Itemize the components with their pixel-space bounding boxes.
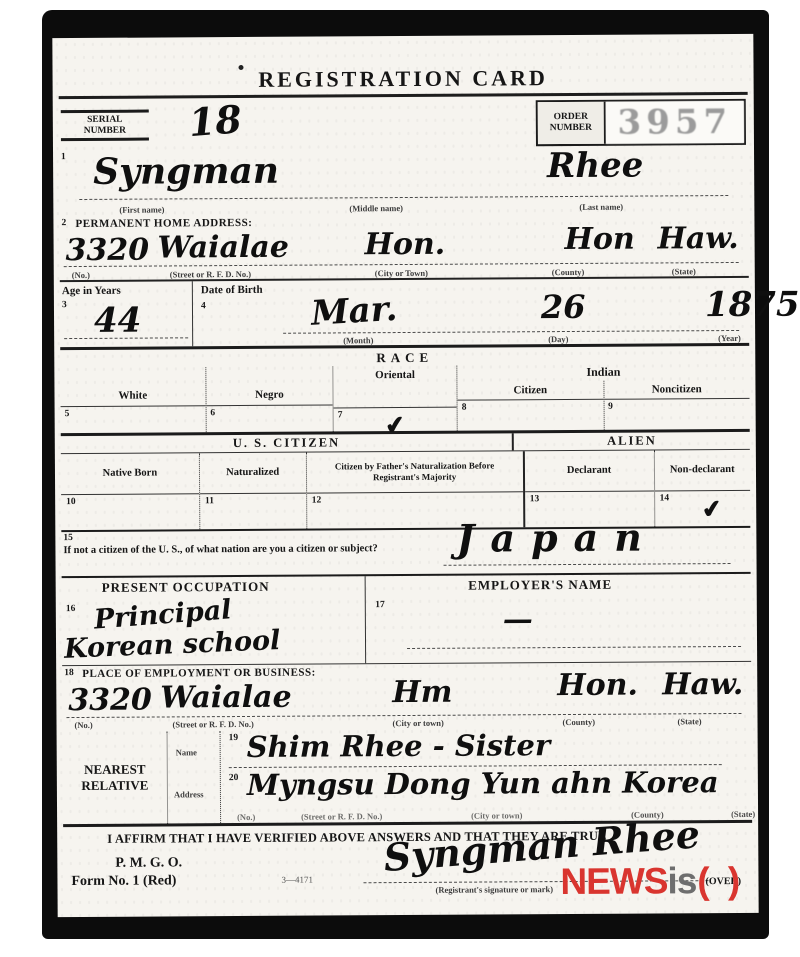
nation-answer: Japan — [456, 518, 658, 557]
citizen-col-native-born: Native Born 10 — [61, 453, 199, 530]
form-print-code: 3—4171 — [281, 875, 313, 885]
order-number-value: 3957 — [606, 100, 744, 143]
order-label-line1: ORDER — [538, 111, 604, 122]
field-number-1: 1 — [61, 152, 66, 162]
birth-month-value: Mar. — [310, 292, 398, 331]
race-col-negro: Negro 6 — [205, 366, 333, 432]
signature-caption: (Registrant's signature or mark) — [436, 884, 554, 895]
title-section: REGISTRATION CARD — [58, 34, 747, 96]
nondeclarant-cell: 14 ✔ — [655, 490, 751, 527]
field-number-16: 16 — [66, 604, 76, 614]
employer-rule — [407, 646, 741, 649]
field-number-10: 10 — [66, 497, 76, 507]
employment-no-value: 3320 — [68, 686, 152, 717]
serial-number-value: 18 — [187, 100, 243, 142]
employment-state-caption: (State) — [677, 716, 701, 726]
nearest-relative-title-line2: RELATIVE — [81, 778, 148, 794]
race-indian-noncitizen-col: Noncitizen 9 — [603, 380, 750, 430]
nondeclarant-label: Non-declarant — [654, 450, 750, 491]
native-born-label: Native Born — [61, 453, 199, 494]
registration-card: REGISTRATION CARD SERIAL NUMBER 18 ORDER… — [52, 34, 758, 917]
present-occupation-header: PRESENT OCCUPATION — [102, 579, 270, 596]
field-number-15: 15 — [63, 533, 73, 543]
address-state-value: Haw. — [657, 224, 738, 254]
field-number-13: 13 — [530, 494, 540, 504]
nearest-relative-title: NEAREST RELATIVE — [63, 731, 169, 824]
first-name-value: Syngman — [93, 153, 279, 190]
relative-street-caption: (Street or R. F. D. No.) — [301, 811, 382, 821]
employment-county-value: Hon. — [557, 671, 638, 701]
race-oriental-cell: 7 ✔ — [334, 407, 457, 432]
race-col-oriental: Oriental 7 ✔ — [332, 366, 456, 432]
relative-address-label: Address — [174, 789, 204, 799]
employment-state-value: Haw. — [662, 670, 743, 700]
employment-street-value: Waialae — [160, 683, 291, 714]
race-white-label: White — [60, 367, 205, 406]
form-number-label: Form No. 1 (Red) — [71, 873, 176, 890]
birth-year-value: 1875 — [705, 288, 800, 323]
field-number-5: 5 — [65, 409, 70, 419]
us-citizen-title: U. S. CITIZEN — [61, 433, 512, 453]
nation-row: 15 If not a citizen of the U. S., of wha… — [61, 528, 750, 578]
nearest-relative-section: NEAREST RELATIVE Name Address 19 Shim Rh… — [63, 728, 753, 824]
race-table: White 5 Negro 6 Oriental 7 ✔ — [60, 364, 749, 436]
field-number-14: 14 — [660, 493, 670, 503]
naturalized-cell: 11 — [200, 493, 306, 530]
relative-address-value: Myngsu Dong Yun ahn Korea — [247, 768, 719, 800]
nation-rule — [444, 563, 731, 566]
alien-col-nondeclarant: Non-declarant 14 ✔ — [653, 450, 750, 527]
address-city-value: Hon. — [365, 230, 446, 260]
newsis-logo-is: is — [667, 860, 696, 901]
serial-order-row: SERIAL NUMBER 18 ORDER NUMBER 3957 — [59, 92, 748, 152]
employment-street-caption: (Street or R. F. D. No.) — [172, 719, 253, 729]
employer-name-header: EMPLOYER'S NAME — [468, 577, 612, 594]
race-oriental-label: Oriental — [333, 366, 456, 408]
birth-date-cell: Date of Birth 4 Mar. 26 1875 (Month) (Da… — [193, 278, 749, 346]
serial-label-line1: SERIAL — [61, 114, 149, 125]
race-white-cell: 5 — [61, 405, 206, 433]
field-number-4: 4 — [201, 301, 206, 311]
declarant-label: Declarant — [524, 450, 653, 491]
scan-black-frame: REGISTRATION CARD SERIAL NUMBER 18 ORDER… — [42, 10, 769, 939]
address-state-caption: (State) — [672, 266, 696, 276]
relative-state-caption: (State) — [731, 809, 755, 819]
employment-city-caption: (City or town) — [392, 718, 443, 728]
field-number-2: 2 — [61, 218, 66, 228]
last-name-value: Rhee — [547, 149, 643, 184]
relative-city-caption: (City or town) — [471, 810, 522, 820]
last-name-caption: (Last name) — [579, 202, 623, 212]
field-number-11: 11 — [205, 496, 214, 506]
middle-name-caption: (Middle name) — [349, 203, 403, 213]
race-indian-subcolumns: Citizen 8 Noncitizen 9 — [458, 380, 750, 431]
age-label: Age in Years — [62, 285, 121, 297]
first-name-caption: (First name) — [119, 204, 164, 214]
address-no-caption: (No.) — [72, 270, 90, 280]
occupation-line2: Korean school — [64, 627, 281, 663]
employer-value: — — [503, 605, 533, 635]
birth-date-label: Date of Birth — [201, 284, 263, 296]
relative-values: 19 Shim Rhee - Sister 20 Myngsu Dong Yun… — [221, 728, 753, 823]
race-col-white: White 5 — [60, 367, 205, 433]
native-born-cell: 10 — [61, 493, 199, 530]
nation-question: If not a citizen of the U. S., of what n… — [63, 543, 443, 556]
field-number-8: 8 — [462, 403, 467, 413]
employment-city-value: Hm — [392, 678, 452, 708]
field-number-17: 17 — [375, 600, 385, 610]
address-county-caption: (County) — [552, 267, 585, 277]
relative-no-caption: (No.) — [237, 812, 255, 822]
field-number-19: 19 — [229, 733, 239, 743]
field-number-18: 18 — [64, 668, 74, 678]
birth-year-caption: (Year) — [718, 333, 741, 343]
address-city-caption: (City or Town) — [375, 268, 428, 278]
home-address-row: 2 PERMANENT HOME ADDRESS: 3320 Waialae H… — [59, 212, 748, 280]
order-label-line2: NUMBER — [538, 122, 604, 133]
race-indian-label: Indian — [457, 364, 749, 382]
name-rule — [79, 195, 728, 200]
field-number-12: 12 — [312, 496, 322, 506]
newsis-logo: NEWSis( ) — [560, 860, 744, 903]
home-address-label: PERMANENT HOME ADDRESS: — [75, 217, 252, 230]
field-number-6: 6 — [210, 408, 215, 418]
occupation-divider — [365, 576, 367, 663]
serial-number-label: SERIAL NUMBER — [61, 109, 149, 141]
race-indian-noncitizen-cell: 9 — [604, 398, 750, 430]
race-indian-noncitizen-label: Noncitizen — [604, 380, 750, 399]
race-negro-label: Negro — [206, 366, 333, 405]
citizen-col-naturalized: Naturalized 11 — [199, 453, 306, 530]
serial-label-line2: NUMBER — [61, 125, 149, 136]
employment-no-caption: (No.) — [74, 720, 92, 730]
employment-county-caption: (County) — [562, 717, 595, 727]
relative-name-value: Shim Rhee - Sister — [247, 731, 551, 762]
birth-day-caption: (Day) — [548, 334, 568, 344]
race-indian-citizen-cell: 8 — [458, 399, 604, 431]
relative-sublabels: Name Address — [168, 731, 222, 823]
field-number-9: 9 — [608, 402, 613, 412]
birth-month-caption: (Month) — [343, 335, 373, 345]
race-negro-cell: 6 — [206, 404, 333, 432]
race-col-indian: Indian Citizen 8 Noncitizen 9 — [456, 364, 749, 431]
race-indian-citizen-label: Citizen — [458, 381, 604, 400]
age-cell: Age in Years 3 44 — [60, 281, 193, 347]
order-number-box: ORDER NUMBER 3957 — [536, 98, 746, 145]
race-indian-citizen-col: Citizen 8 — [458, 381, 604, 431]
birth-day-value: 26 — [541, 291, 586, 323]
relative-name-label: Name — [176, 747, 197, 757]
address-street-value: Waialae — [158, 233, 289, 264]
address-county-value: Hon — [564, 225, 634, 255]
employment-address-row: 18 PLACE OF EMPLOYMENT OR BUSINESS: 3320… — [62, 662, 751, 732]
card-title: REGISTRATION CARD — [59, 64, 748, 94]
father-naturalization-label: Citizen by Father's Naturalization Befor… — [306, 451, 522, 492]
address-street-caption: (Street or R. F. D. No.) — [170, 269, 251, 279]
name-row: 1 Syngman Rhee (First name) (Middle name… — [59, 148, 748, 216]
age-value: 44 — [94, 304, 142, 338]
pmgo-label: P. M. G. O. — [115, 855, 182, 871]
naturalized-label: Naturalized — [200, 453, 306, 494]
address-no-value: 3320 — [66, 236, 150, 267]
nearest-relative-title-line1: NEAREST — [84, 762, 146, 778]
order-number-label: ORDER NUMBER — [538, 101, 606, 143]
newsis-logo-news: NEWS — [560, 860, 667, 902]
field-number-3: 3 — [62, 300, 67, 310]
nondeclarant-checkmark: ✔ — [671, 490, 752, 530]
occupation-employer-section: PRESENT OCCUPATION EMPLOYER'S NAME 16 Pr… — [62, 574, 752, 666]
age-birth-row: Age in Years 3 44 Date of Birth 4 Mar. 2… — [60, 276, 749, 350]
newsis-logo-parens: ( ) — [697, 860, 744, 901]
field-number-20: 20 — [229, 773, 239, 783]
alien-title: ALIEN — [512, 432, 750, 450]
employment-label: PLACE OF EMPLOYMENT OR BUSINESS: — [82, 667, 316, 680]
